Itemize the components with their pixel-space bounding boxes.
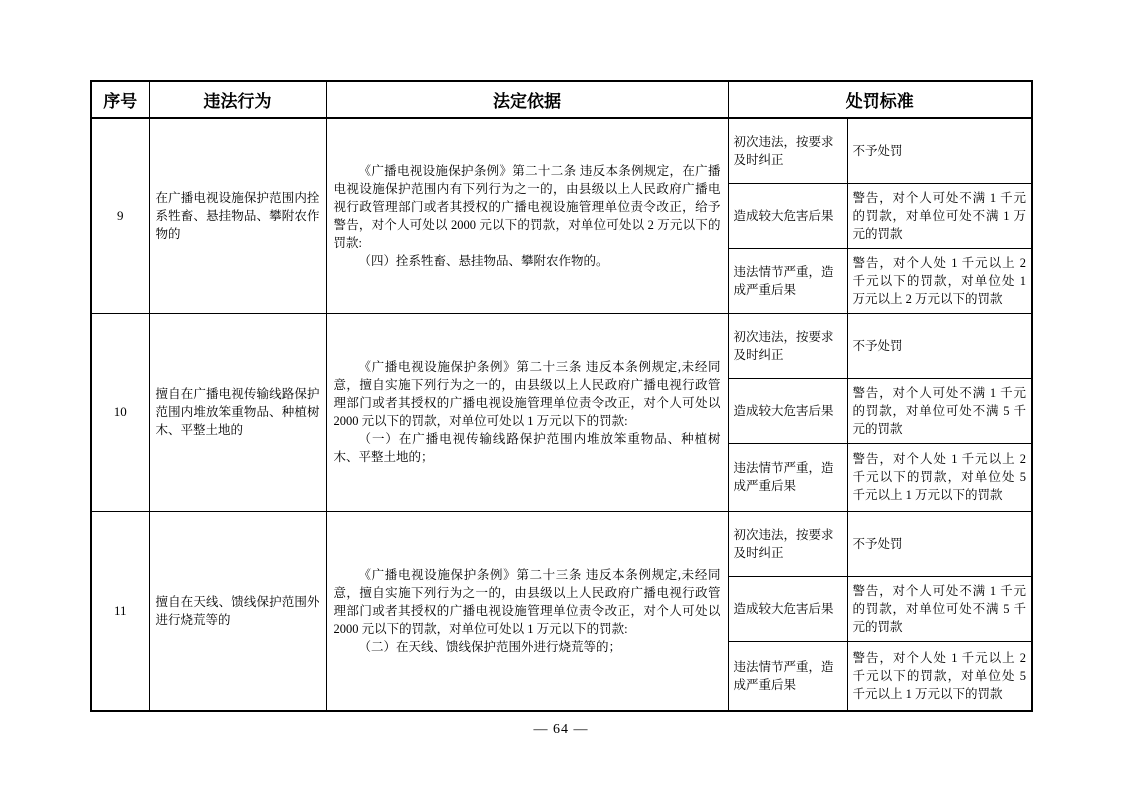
standard-penalty-cell: 警告，对个人处 1 千元以上 2 千元以下的罚款，对单位处 1 万元以上 2 万…: [847, 248, 1032, 313]
standard-condition-cell: 初次违法，按要求及时纠正: [728, 118, 847, 183]
penalty-standards-table: 序号 违法行为 法定依据 处罚标准 9 在广播电视设施保护范围内拴系牲畜、悬挂物…: [90, 80, 1033, 712]
header-col-index: 序号: [91, 81, 149, 118]
document-page: 序号 违法行为 法定依据 处罚标准 9 在广播电视设施保护范围内拴系牲畜、悬挂物…: [0, 0, 1122, 793]
standard-penalty-cell: 警告，对个人处 1 千元以上 2 千元以下的罚款，对单位处 5 千元以上 1 万…: [847, 443, 1032, 511]
standard-condition-cell: 违法情节严重，造成严重后果: [728, 443, 847, 511]
table-row: 11 擅自在天线、馈线保护范围外进行烧荒等的 《广播电视设施保护条例》第二十三条…: [91, 511, 1032, 576]
standard-condition-cell: 违法情节严重，造成严重后果: [728, 248, 847, 313]
standard-penalty-cell: 不予处罚: [847, 511, 1032, 576]
table-row: 10 擅自在广播电视传输线路保护范围内堆放笨重物品、种植树木、平整土地的 《广播…: [91, 313, 1032, 378]
header-col-standard: 处罚标准: [728, 81, 1032, 118]
header-col-behavior: 违法行为: [149, 81, 326, 118]
legal-basis-cell: 《广播电视设施保护条例》第二十三条 违反本条例规定,未经同意，擅自实施下列行为之…: [326, 511, 728, 711]
standard-penalty-cell: 警告，对个人可处不满 1 千元的罚款，对单位可处不满 5 千元的罚款: [847, 378, 1032, 443]
standard-condition-cell: 造成较大危害后果: [728, 576, 847, 641]
illegal-behavior-cell: 擅自在广播电视传输线路保护范围内堆放笨重物品、种植树木、平整土地的: [149, 313, 326, 511]
legal-basis-paragraph: 《广播电视设施保护条例》第二十三条 违反本条例规定,未经同意，擅自实施下列行为之…: [334, 358, 721, 430]
row-index-cell: 9: [91, 118, 149, 313]
legal-basis-paragraph: （二）在天线、馈线保护范围外进行烧荒等的；: [334, 638, 721, 656]
standard-condition-cell: 初次违法，按要求及时纠正: [728, 511, 847, 576]
standard-penalty-cell: 警告，对个人处 1 千元以上 2 千元以下的罚款，对单位处 5 千元以上 1 万…: [847, 641, 1032, 711]
standard-penalty-cell: 不予处罚: [847, 313, 1032, 378]
illegal-behavior-cell: 在广播电视设施保护范围内拴系牲畜、悬挂物品、攀附农作物的: [149, 118, 326, 313]
legal-basis-paragraph: 《广播电视设施保护条例》第二十二条 违反本条例规定，在广播电视设施保护范围内有下…: [334, 162, 721, 252]
legal-basis-paragraph: （四）拴系牲畜、悬挂物品、攀附农作物的。: [334, 252, 721, 270]
table-header-row: 序号 违法行为 法定依据 处罚标准: [91, 81, 1032, 118]
standard-condition-cell: 违法情节严重，造成严重后果: [728, 641, 847, 711]
legal-basis-paragraph: （一）在广播电视传输线路保护范围内堆放笨重物品、种植树木、平整土地的；: [334, 430, 721, 466]
standard-penalty-cell: 不予处罚: [847, 118, 1032, 183]
standard-condition-cell: 造成较大危害后果: [728, 378, 847, 443]
page-number: — 64 —: [0, 722, 1122, 738]
row-index-cell: 10: [91, 313, 149, 511]
legal-basis-cell: 《广播电视设施保护条例》第二十三条 违反本条例规定,未经同意，擅自实施下列行为之…: [326, 313, 728, 511]
standard-penalty-cell: 警告，对个人可处不满 1 千元的罚款，对单位可处不满 1 万元的罚款: [847, 183, 1032, 248]
illegal-behavior-cell: 擅自在天线、馈线保护范围外进行烧荒等的: [149, 511, 326, 711]
header-col-basis: 法定依据: [326, 81, 728, 118]
table-row: 9 在广播电视设施保护范围内拴系牲畜、悬挂物品、攀附农作物的 《广播电视设施保护…: [91, 118, 1032, 183]
standard-condition-cell: 造成较大危害后果: [728, 183, 847, 248]
legal-basis-cell: 《广播电视设施保护条例》第二十二条 违反本条例规定，在广播电视设施保护范围内有下…: [326, 118, 728, 313]
standard-penalty-cell: 警告，对个人可处不满 1 千元的罚款，对单位可处不满 5 千元的罚款: [847, 576, 1032, 641]
legal-basis-paragraph: 《广播电视设施保护条例》第二十三条 违反本条例规定,未经同意，擅自实施下列行为之…: [334, 566, 721, 638]
standard-condition-cell: 初次违法，按要求及时纠正: [728, 313, 847, 378]
row-index-cell: 11: [91, 511, 149, 711]
